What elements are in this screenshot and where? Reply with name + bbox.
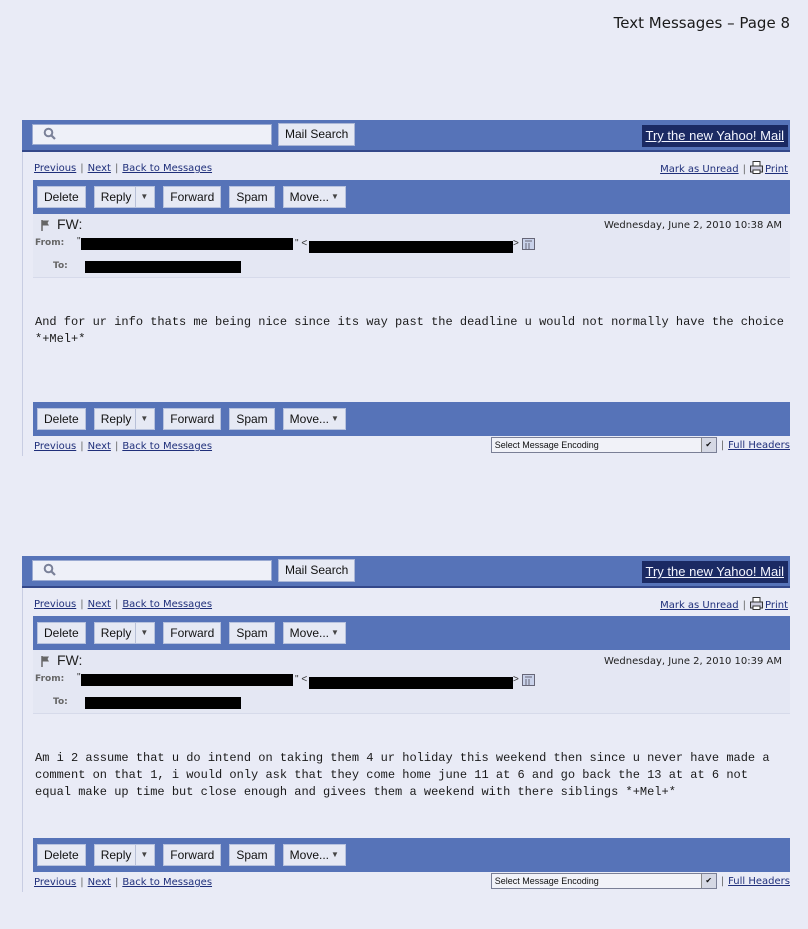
- spam-button[interactable]: Spam: [229, 844, 274, 866]
- reply-label: Reply: [101, 409, 132, 429]
- print-link[interactable]: Print: [765, 164, 788, 175]
- reply-button[interactable]: Reply▼: [94, 408, 156, 430]
- delete-button[interactable]: Delete: [37, 408, 86, 430]
- reply-dropdown-caret-icon[interactable]: ▼: [135, 409, 148, 429]
- mark-as-unread-link[interactable]: Mark as Unread: [660, 164, 739, 175]
- delete-button[interactable]: Delete: [37, 186, 86, 208]
- previous-link[interactable]: Previous: [34, 163, 76, 174]
- spam-button[interactable]: Spam: [229, 408, 274, 430]
- message-body: And for ur info thats me being nice sinc…: [33, 278, 790, 402]
- mail-search-button[interactable]: Mail Search: [278, 559, 355, 582]
- reply-label: Reply: [101, 187, 132, 207]
- move-label: Move...: [290, 623, 329, 643]
- redacted-sender-name: [81, 674, 293, 686]
- forward-button[interactable]: Forward: [163, 622, 221, 644]
- reply-button[interactable]: Reply▼: [94, 622, 156, 644]
- reply-dropdown-caret-icon[interactable]: ▼: [135, 845, 148, 865]
- separator: |: [115, 441, 118, 452]
- move-button[interactable]: Move...▼: [283, 408, 346, 430]
- previous-link[interactable]: Previous: [34, 441, 76, 452]
- forward-button[interactable]: Forward: [163, 408, 221, 430]
- move-button[interactable]: Move...▼: [283, 844, 346, 866]
- mail-search-button[interactable]: Mail Search: [278, 123, 355, 146]
- try-new-yahoo-mail-link[interactable]: Try the new Yahoo! Mail: [642, 561, 789, 583]
- top-nav-row: Previous|Next|Back to Messages Mark as U…: [33, 588, 790, 616]
- message-toolbar-bottom: Delete Reply▼ Forward Spam Move...▼: [33, 838, 790, 872]
- full-headers-link[interactable]: Full Headers: [728, 440, 790, 451]
- from-label: From:: [35, 674, 64, 684]
- full-headers-link[interactable]: Full Headers: [728, 876, 790, 887]
- search-input[interactable]: [32, 124, 272, 145]
- bottom-nav-row: Previous|Next|Back to Messages Select Me…: [33, 436, 790, 456]
- message-subject: FW:: [57, 652, 82, 668]
- mark-as-unread-link[interactable]: Mark as Unread: [660, 600, 739, 611]
- flag-icon[interactable]: [41, 220, 51, 231]
- delete-button[interactable]: Delete: [37, 844, 86, 866]
- next-link[interactable]: Next: [88, 163, 111, 174]
- redacted-recipient: [85, 261, 241, 273]
- separator: |: [80, 441, 83, 452]
- top-search-bar: Mail Search Try the new Yahoo! Mail: [22, 556, 790, 588]
- move-label: Move...: [290, 409, 329, 429]
- add-to-contacts-icon[interactable]: [522, 238, 535, 250]
- move-dropdown-caret-icon: ▼: [331, 187, 339, 207]
- message-toolbar-top: Delete Reply▼ Forward Spam Move...▼: [33, 616, 790, 650]
- message-body: Am i 2 assume that u do intend on taking…: [33, 714, 790, 838]
- printer-icon: [750, 161, 763, 174]
- back-to-messages-link[interactable]: Back to Messages: [122, 599, 212, 610]
- separator: |: [80, 599, 83, 610]
- search-icon: [43, 127, 57, 141]
- separator: |: [743, 600, 746, 611]
- to-label: To:: [53, 697, 68, 707]
- quote-mark: >: [513, 674, 519, 685]
- printer-icon: [750, 597, 763, 610]
- search-input[interactable]: [32, 560, 272, 581]
- message-frame: Previous|Next|Back to Messages Mark as U…: [22, 588, 790, 892]
- back-to-messages-link[interactable]: Back to Messages: [122, 877, 212, 888]
- reply-dropdown-caret-icon[interactable]: ▼: [135, 623, 148, 643]
- message-header: FW: Wednesday, June 2, 2010 10:38 AM Fro…: [33, 214, 790, 278]
- previous-link[interactable]: Previous: [34, 877, 76, 888]
- back-to-messages-link[interactable]: Back to Messages: [122, 163, 212, 174]
- dropdown-arrow-icon[interactable]: ✔: [701, 438, 716, 452]
- page-header: Text Messages – Page 8: [614, 14, 790, 32]
- message-toolbar-bottom: Delete Reply▼ Forward Spam Move...▼: [33, 402, 790, 436]
- print-link[interactable]: Print: [765, 600, 788, 611]
- forward-button[interactable]: Forward: [163, 844, 221, 866]
- message-subject: FW:: [57, 216, 82, 232]
- move-dropdown-caret-icon: ▼: [331, 623, 339, 643]
- message-encoding-select[interactable]: Select Message Encoding ✔: [491, 873, 717, 889]
- spam-button[interactable]: Spam: [229, 186, 274, 208]
- top-search-bar: Mail Search Try the new Yahoo! Mail: [22, 120, 790, 152]
- reply-button[interactable]: Reply▼: [94, 844, 156, 866]
- separator: |: [743, 164, 746, 175]
- next-link[interactable]: Next: [88, 599, 111, 610]
- next-link[interactable]: Next: [88, 877, 111, 888]
- from-label: From:: [35, 238, 64, 248]
- bottom-nav-row: Previous|Next|Back to Messages Select Me…: [33, 872, 790, 892]
- separator: |: [115, 877, 118, 888]
- dropdown-arrow-icon[interactable]: ✔: [701, 874, 716, 888]
- move-dropdown-caret-icon: ▼: [331, 409, 339, 429]
- add-to-contacts-icon[interactable]: [522, 674, 535, 686]
- message-frame: Previous|Next|Back to Messages Mark as U…: [22, 152, 790, 456]
- top-nav-row: Previous|Next|Back to Messages Mark as U…: [33, 152, 790, 180]
- to-label: To:: [53, 261, 68, 271]
- quote-mark: >: [513, 238, 519, 249]
- redacted-sender-email: [309, 677, 513, 689]
- message-toolbar-top: Delete Reply▼ Forward Spam Move...▼: [33, 180, 790, 214]
- reply-dropdown-caret-icon[interactable]: ▼: [135, 187, 148, 207]
- message-header: FW: Wednesday, June 2, 2010 10:39 AM Fro…: [33, 650, 790, 714]
- email-view-1: Mail Search Try the new Yahoo! Mail Prev…: [22, 120, 790, 456]
- email-view-2: Mail Search Try the new Yahoo! Mail Prev…: [22, 556, 790, 892]
- message-date: Wednesday, June 2, 2010 10:38 AM: [604, 220, 782, 231]
- separator: |: [80, 877, 83, 888]
- separator: |: [115, 599, 118, 610]
- next-link[interactable]: Next: [88, 441, 111, 452]
- move-label: Move...: [290, 187, 329, 207]
- flag-icon[interactable]: [41, 656, 51, 667]
- try-new-yahoo-mail-link[interactable]: Try the new Yahoo! Mail: [642, 125, 789, 147]
- redacted-sender-name: [81, 238, 293, 250]
- reply-label: Reply: [101, 623, 132, 643]
- back-to-messages-link[interactable]: Back to Messages: [122, 441, 212, 452]
- previous-link[interactable]: Previous: [34, 599, 76, 610]
- message-date: Wednesday, June 2, 2010 10:39 AM: [604, 656, 782, 667]
- encoding-select-value: Select Message Encoding: [495, 876, 599, 886]
- redacted-sender-email: [309, 241, 513, 253]
- separator: |: [115, 163, 118, 174]
- reply-button[interactable]: Reply▼: [94, 186, 156, 208]
- move-button[interactable]: Move...▼: [283, 622, 346, 644]
- delete-button[interactable]: Delete: [37, 622, 86, 644]
- move-button[interactable]: Move...▼: [283, 186, 346, 208]
- reply-label: Reply: [101, 845, 132, 865]
- separator: |: [721, 440, 724, 451]
- forward-button[interactable]: Forward: [163, 186, 221, 208]
- separator: |: [80, 163, 83, 174]
- message-encoding-select[interactable]: Select Message Encoding ✔: [491, 437, 717, 453]
- spam-button[interactable]: Spam: [229, 622, 274, 644]
- search-icon: [43, 563, 57, 577]
- redacted-recipient: [85, 697, 241, 709]
- move-label: Move...: [290, 845, 329, 865]
- quote-mark: " <: [295, 674, 307, 685]
- encoding-select-value: Select Message Encoding: [495, 440, 599, 450]
- move-dropdown-caret-icon: ▼: [331, 845, 339, 865]
- quote-mark: " <: [295, 238, 307, 249]
- separator: |: [721, 876, 724, 887]
